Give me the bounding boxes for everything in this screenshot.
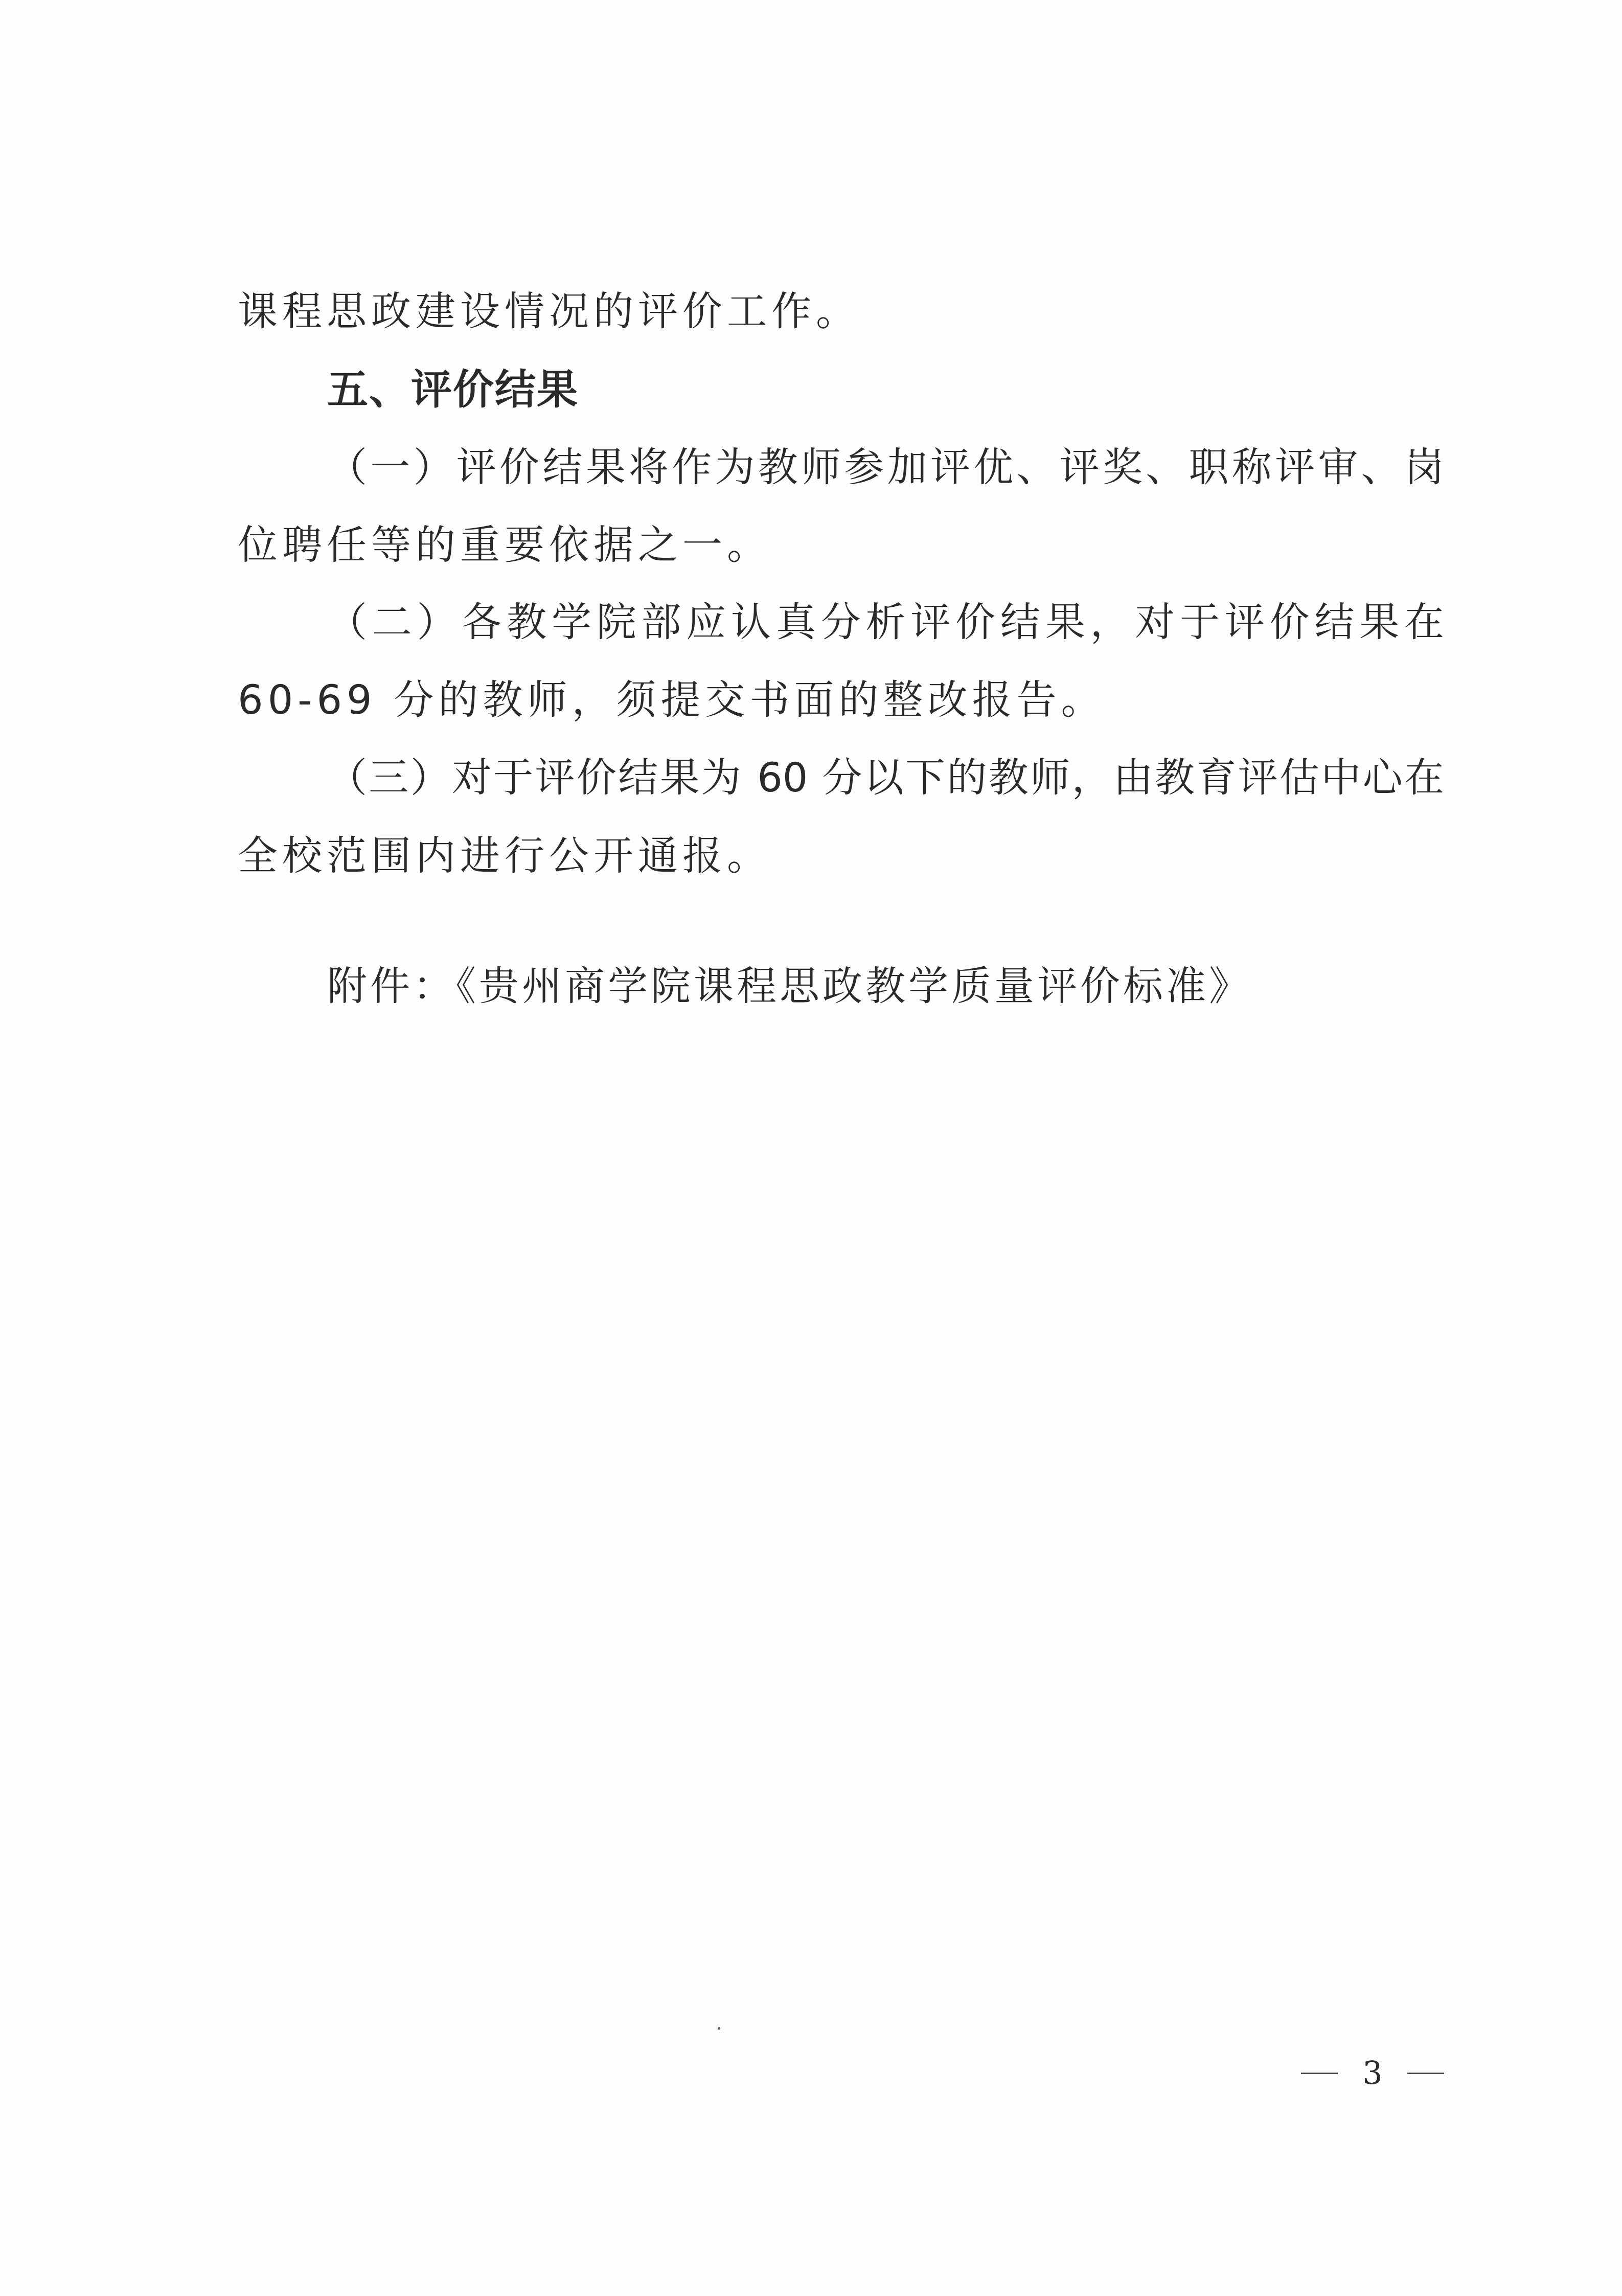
page-number-dash-right	[1407, 2073, 1444, 2074]
attachment-reference: 附件：《贵州商学院课程思政教学质量评价标准》	[327, 961, 1534, 1012]
section-heading: 五、评价结果	[327, 364, 1534, 415]
item-2-line-1: （二）各教学院部应认真分析评价结果，对于评价结果在	[327, 597, 1444, 648]
item-3-line-1: （三）对于评价结果为 60 分以下的教师，由教育评估中心在	[327, 753, 1444, 804]
item-1-line-1: （一）评价结果将作为教师参加评优、评奖、职称评审、岗	[327, 442, 1444, 493]
item-2-line-2: 60-69 分的教师，须提交书面的整改报告。	[238, 675, 1444, 726]
document-page: 课程思政建设情况的评价工作。 五、评价结果 （一）评价结果将作为教师参加评优、评…	[0, 0, 1622, 2296]
paragraph-continuation: 课程思政建设情况的评价工作。	[238, 286, 1444, 337]
scan-speck	[718, 2027, 720, 2030]
item-3-line-2: 全校范围内进行公开通报。	[238, 831, 1444, 882]
item-1-line-2: 位聘任等的重要依据之一。	[238, 520, 1444, 571]
page-number: 3	[1301, 2053, 1444, 2094]
page-number-dash-left	[1301, 2073, 1338, 2074]
page-number-value: 3	[1362, 2053, 1382, 2094]
